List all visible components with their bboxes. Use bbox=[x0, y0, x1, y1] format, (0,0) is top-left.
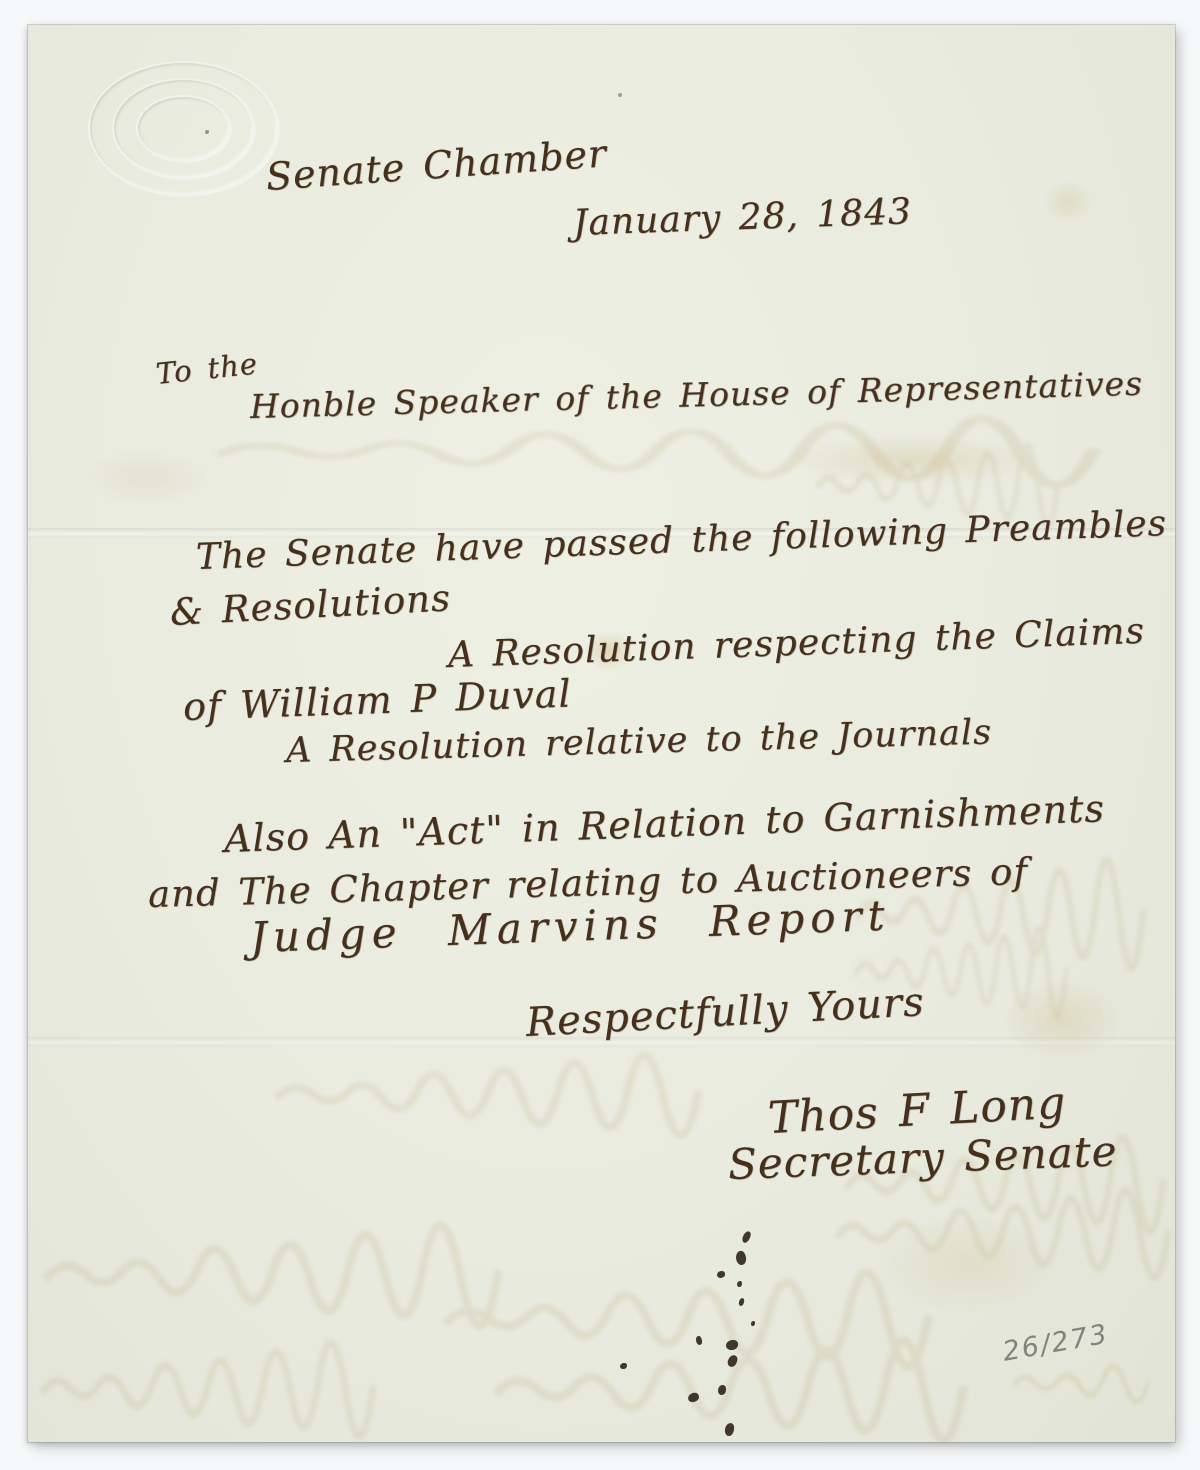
body-line: The Senate have passed the following Pre… bbox=[195, 503, 1167, 578]
ink-speck bbox=[618, 93, 622, 97]
body-line: A Resolution respecting the Claims bbox=[447, 611, 1145, 676]
stain bbox=[1043, 180, 1093, 224]
heading-date: January 28, 1843 bbox=[572, 191, 912, 244]
ink-blot bbox=[738, 1298, 744, 1307]
embossed-seal-icon bbox=[88, 61, 278, 195]
ink-blot bbox=[741, 1230, 752, 1244]
salutation-recipient: Honble Speaker of the House of Represent… bbox=[249, 364, 1143, 426]
ink-blot bbox=[687, 1392, 699, 1403]
ink-blot bbox=[734, 1250, 747, 1266]
ink-blot bbox=[724, 1423, 734, 1437]
ink-blot bbox=[726, 1340, 738, 1350]
body-line: & Resolutions bbox=[169, 576, 452, 634]
ink-blot bbox=[718, 1385, 726, 1395]
body-line: of William P Duval bbox=[182, 671, 572, 729]
ink-blot bbox=[727, 1354, 739, 1368]
stain bbox=[83, 450, 213, 505]
ink-blot bbox=[695, 1335, 704, 1346]
archival-page-number: 26/273 bbox=[1000, 1319, 1111, 1368]
heading-place: Senate Chamber bbox=[264, 131, 608, 199]
valediction: Respectfully Yours bbox=[525, 979, 926, 1046]
stain bbox=[1003, 980, 1123, 1060]
ink-blot bbox=[751, 1321, 755, 1326]
letter-document: Senate Chamber January 28, 1843 To the H… bbox=[28, 25, 1175, 1442]
body-line: Also An "Act" in Relation to Garnishment… bbox=[223, 786, 1105, 861]
ink-blot bbox=[717, 1271, 725, 1278]
salutation-to: To the bbox=[154, 346, 259, 391]
stain bbox=[878, 1215, 1058, 1315]
seal-ring bbox=[136, 95, 230, 161]
ink-blot bbox=[620, 1363, 627, 1369]
ink-blot bbox=[737, 1281, 742, 1287]
stain bbox=[788, 435, 1038, 485]
